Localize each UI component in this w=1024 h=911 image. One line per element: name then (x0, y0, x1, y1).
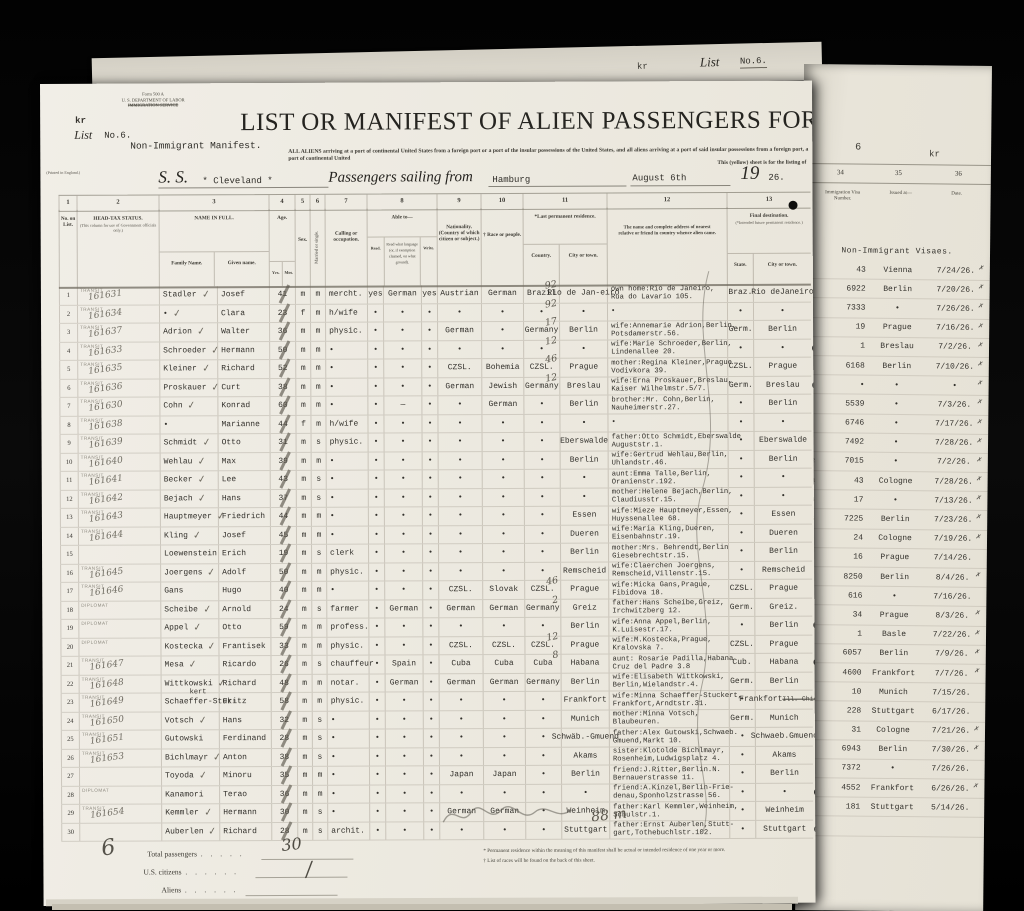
cell-family-name: • (159, 416, 217, 434)
cell-write: • (422, 600, 438, 618)
head-tax-stamp: DIPLOMAT (81, 602, 108, 607)
header-language: Read what language (or, if exemption cla… (384, 237, 420, 285)
cell-marital: m (312, 767, 327, 785)
cell-sex: m (295, 360, 310, 378)
cell-family-name: Auberlen✓ (161, 823, 219, 841)
cell-country: • (525, 784, 561, 802)
cell-row-number: 4 (59, 342, 77, 360)
cell-relative: father:Alex Gutowski,Schwaeb.Gmuend,Mark… (609, 728, 729, 746)
manifest-rows: 1TRANSIT161631Stadler✓Josef41mmmercht.ye… (59, 284, 813, 842)
cell-calling: mercht. (325, 286, 367, 304)
visa-row: 234600Frankfort7/7/26.✗ (798, 663, 986, 684)
header-last-residence: *Last permanent residence. Country.City … (523, 208, 607, 285)
cell-head-tax (79, 767, 161, 785)
cell-nationality: CZSL. (438, 637, 482, 655)
pencil-checkmark: ✓ (217, 677, 227, 689)
cell-language: • (383, 341, 421, 359)
cell-city: Berlin (561, 766, 609, 784)
cell-calling: chauffeur (326, 656, 368, 674)
cell-city: Essen (560, 507, 608, 525)
cell-row-number: 29 (61, 805, 79, 823)
pencil-checkmark: ✓ (187, 400, 197, 412)
cell-marital: m (311, 508, 326, 526)
cell-write: • (423, 803, 439, 821)
col-number: 7 (324, 195, 366, 210)
cell-read: • (369, 822, 385, 840)
pencil-x-mark: ✗ (975, 531, 982, 542)
photo-scene: kr List No.6. 6 kr 34 35 36 Immigration … (0, 0, 1024, 911)
cell-language: • (384, 581, 422, 599)
cell-nationality: • (438, 563, 482, 581)
cell-sex: m (296, 434, 311, 452)
cell-given-name: Hermann (217, 342, 269, 360)
family-name-overflow: kert (190, 688, 207, 696)
pencil-x-mark: ✗ (978, 262, 985, 273)
cell-head-tax: TRANSIT161642 (78, 490, 160, 508)
visa-row: 6746•7/17/26.✗ (800, 413, 988, 434)
cell-given-name: Friedrich (218, 508, 270, 526)
visa-issued-at: • (861, 764, 925, 774)
cell-family-name: Appel✓ (160, 619, 218, 637)
cell-language: • (385, 729, 423, 747)
cell-row-number: 25 (61, 731, 79, 749)
ss-label: S. S. (158, 167, 188, 187)
cell-dest-city: Prague (754, 635, 812, 653)
cell-family-name: •✓ (159, 305, 217, 323)
cell-write: • (423, 711, 439, 729)
list-number: No.6. (104, 131, 131, 141)
pencil-x-mark: ✗ (976, 416, 983, 427)
cell-given-name: Hans (219, 711, 271, 729)
cell-head-tax: TRANSIT161645 (78, 564, 160, 582)
visa-date: 7/24/26. (930, 266, 982, 276)
cell-write: • (423, 748, 439, 766)
cell-dest-city: Berlin (753, 321, 811, 339)
cell-family-name: Joergens✓ (160, 564, 218, 582)
cell-row-number: 1 (59, 287, 77, 305)
visa-date: 6/26/26. (924, 784, 976, 794)
cell-family-name: Stadler✓ (159, 286, 217, 304)
visa-date: 5/14/26. (924, 803, 976, 813)
form-number: Form 500 A (142, 91, 164, 96)
cell-dest-city: Schwaeb.Gmuend (755, 728, 813, 746)
pencil-checkmark: ✓ (207, 566, 217, 578)
cell-calling: • (327, 730, 369, 748)
cell-marital: m (310, 397, 325, 415)
cell-country: • (525, 821, 561, 839)
cell-city: Remscheid (560, 562, 608, 580)
cell-head-tax: TRANSIT161643 (78, 508, 160, 526)
cell-head-tax: TRANSIT161640 (78, 453, 160, 471)
visa-issued-at: Cologne (861, 726, 925, 736)
visa-date: 7/9/26. (926, 650, 978, 660)
cell-marital: s (312, 748, 327, 766)
cell-relative: father:Ernst Auberlen,Stutt-gart,Tothebu… (609, 820, 729, 838)
cell-city: Berlin (561, 673, 609, 691)
cell-sex: m (296, 508, 311, 526)
visa-number: 6057 (820, 649, 862, 658)
visa-number: 7372 (819, 764, 861, 773)
cell-read: • (369, 674, 385, 692)
cell-write: yes (421, 285, 437, 303)
cell-write: • (422, 507, 438, 525)
cell-relative: wife:Elisabeth Wittkowski,Berlin,Wieland… (609, 673, 729, 691)
cell-read: • (369, 785, 385, 803)
cell-race: • (482, 433, 524, 451)
cell-sex: m (296, 582, 311, 600)
fill-line (255, 877, 347, 878)
visa-issued-at: Berlin (862, 649, 926, 659)
cell-dest-city: Berlin (754, 450, 812, 468)
visa-row: 30181Stuttgart5/14/26. (796, 797, 984, 818)
pencil-checkmark: ✓ (216, 511, 226, 523)
cell-read: yes (367, 286, 383, 304)
visa-number: 7015 (822, 457, 864, 466)
service-label: IMMIGRATION SERVICE (128, 102, 178, 107)
cell-marital: m (310, 323, 325, 341)
handwritten-number: 46 (545, 575, 559, 588)
cell-race: • (482, 488, 524, 506)
cell-calling: physic. (327, 693, 369, 711)
cell-nationality: • (439, 729, 483, 747)
cell-dest-city: Weinheim (755, 802, 813, 820)
cell-nationality: • (437, 341, 481, 359)
ink-dot (789, 201, 798, 210)
visa-row: 276943Berlin7/30/26.✗ (797, 740, 985, 761)
cell-sex: f (295, 304, 310, 322)
visa-number: 1 (820, 629, 862, 638)
cell-dest-city: • (754, 469, 812, 487)
cell-city: • (559, 303, 607, 321)
pencil-checkmark: ✓ (211, 381, 221, 393)
cell-dest-state: • (729, 765, 755, 783)
cell-dest-state: • (729, 820, 755, 838)
cell-relative: wife:Mieze Hauptmeyer,Essen,Huyssenallee… (608, 506, 728, 524)
pencil-checkmark: ✓ (197, 474, 207, 486)
cell-race: German (483, 803, 525, 821)
cell-calling: • (327, 767, 369, 785)
header-relative: The name and complete address of nearest… (607, 207, 727, 285)
cell-family-name: Hauptmeyer✓ (160, 508, 218, 526)
cell-sex: m (297, 804, 312, 822)
visa-number: 43 (822, 476, 864, 485)
visa-col-header: Immigration Visa Number. (819, 190, 867, 203)
cell-write: • (422, 544, 438, 562)
sailing-label: Passengers sailing from (328, 169, 473, 187)
cell-write: • (422, 655, 438, 673)
cell-family-name: Schroeder✓ (159, 342, 217, 360)
cell-read: • (368, 637, 384, 655)
header-nationality: Nationality. (Country of which citizen o… (437, 208, 481, 285)
visa-page-number: 6 (855, 143, 861, 154)
handwritten-number: 46 (544, 353, 558, 366)
visa-issued-at: Berlin (863, 515, 927, 525)
cell-relative: aunt:Emma Talle,Berlin,Oranienstr.192. (608, 469, 728, 487)
pencil-x-mark: ✗ (977, 378, 984, 389)
cell-nationality: • (438, 433, 482, 451)
cell-dest-city: • (753, 413, 811, 431)
cell-given-name: Lee (218, 471, 270, 489)
header-family-name: Family Name. (160, 252, 214, 286)
cell-dest-city: Rio deJaneiro (753, 284, 811, 302)
cell-head-tax: TRANSIT161644 (78, 527, 160, 545)
cell-language: • (385, 822, 423, 840)
cell-write: • (422, 637, 438, 655)
visa-date: 8/3/26. (926, 611, 978, 621)
pencil-x-mark: ✗ (975, 512, 982, 523)
cell-given-name: Erich (218, 545, 270, 563)
cell-nationality: • (438, 526, 482, 544)
cell-marital: m (311, 452, 326, 470)
cell-language: German (385, 674, 423, 692)
cell-read: • (367, 397, 383, 415)
visa-number: 7333 (823, 303, 865, 312)
visa-issued-at: Berlin (865, 361, 929, 371)
cell-write: • (421, 396, 437, 414)
visa-date: 7/13/26. (927, 496, 979, 506)
cell-relative: mother:Minna Votsch,Blaubeuren. (609, 710, 729, 728)
cell-given-name: Hermann (219, 804, 271, 822)
cell-race: • (483, 729, 525, 747)
visa-row: 2034Prague8/3/26.✗ (798, 605, 986, 626)
col-number: 5 (294, 195, 309, 210)
cell-write: • (423, 822, 439, 840)
visa-row: 188250Berlin8/4/26.✗ (799, 567, 987, 588)
cell-language: • (385, 692, 423, 710)
cell-race: • (481, 303, 523, 321)
cell-dest-state: Germ. (729, 672, 755, 690)
cell-city: Berlin (560, 618, 608, 636)
header-dest-city: City or town. (753, 254, 811, 284)
cell-nationality: • (438, 544, 482, 562)
cell-sex: m (295, 341, 310, 359)
visa-number: 43 (824, 265, 866, 274)
cell-city: Habana (560, 655, 608, 673)
cell-family-name: Cohn✓ (159, 397, 217, 415)
cell-country: • (525, 747, 561, 765)
cell-read: • (367, 415, 383, 433)
cell-calling: h/wife (325, 415, 367, 433)
cell-read: • (369, 804, 385, 822)
ship-name: * Cleveland * (202, 176, 272, 186)
cell-calling: • (326, 582, 368, 600)
cell-city: Schwäb.-Gmuend (561, 729, 609, 747)
visa-number: 1 (823, 342, 865, 351)
cell-head-tax: DIPLOMAT (78, 619, 160, 637)
cell-sex: m (297, 767, 312, 785)
cell-row-number: 22 (61, 675, 79, 693)
manifest-type: Non-Immigrant Manifest. (130, 140, 261, 152)
head-tax-stamp: DIPLOMAT (81, 639, 108, 644)
cell-dest-city: • (754, 487, 812, 505)
col-number: 13 (726, 193, 810, 208)
cell-calling: • (325, 378, 367, 396)
cell-sex: m (297, 693, 312, 711)
visa-row: 2631Cologne7/21/26.✗ (797, 720, 985, 741)
list-label: List (700, 54, 720, 70)
visa-date: 7/26/26. (929, 304, 981, 314)
cell-relative: aunt: Rosarie Padilla,HabanaCruz del Pad… (608, 654, 728, 672)
cell-language: • (384, 637, 422, 655)
cell-given-name: Max (218, 453, 270, 471)
cell-nationality: • (439, 748, 483, 766)
cell-family-name: Kleiner✓ (159, 360, 217, 378)
col-number: 8 (366, 194, 436, 209)
list-label: List (74, 128, 92, 143)
cell-dest-state: Braz. (727, 284, 753, 302)
header-head-tax: HEAD-TAX STATUS.(This column for use of … (77, 209, 159, 286)
cell-head-tax: DIPLOMAT (78, 601, 160, 619)
visa-issued-at: Frankfort (860, 783, 924, 793)
pencil-x-mark: ✗ (976, 397, 983, 408)
cell-calling: • (327, 804, 369, 822)
visa-number: 31 (819, 725, 861, 734)
cell-nationality: CZSL. (437, 359, 481, 377)
pencil-checkmark: ✓ (201, 437, 211, 449)
cell-head-tax: TRANSIT161635 (77, 360, 159, 378)
cell-row-number: 26 (61, 749, 79, 767)
visa-number: 228 (819, 706, 861, 715)
pencil-x-mark: ✗ (977, 320, 984, 331)
cell-marital: m (311, 619, 326, 637)
cell-row-number: 2 (59, 305, 77, 323)
cell-read: • (368, 656, 384, 674)
cell-dest-state: CZSL. (728, 580, 754, 598)
visa-date: 7/19/26. (927, 535, 979, 545)
cell-language: • (383, 304, 421, 322)
cell-row-number: 11 (60, 472, 78, 490)
cell-country: Germany12 (523, 377, 559, 395)
cell-relative: wife:Marie Schroeder,Berlin,Lindenallee … (607, 340, 727, 358)
visa-number: 616 (820, 591, 862, 600)
cell-race: • (483, 710, 525, 728)
visa-row: 6922Berlin7/20/26.✗ (802, 279, 990, 300)
cell-row-number: 30 (61, 823, 79, 841)
cell-head-tax: TRANSIT161637 (77, 323, 159, 341)
visa-row: 1343Cologne7/28/26.✗ (800, 471, 988, 492)
header-write: Write. (420, 237, 437, 285)
header-race: † Race or people. (481, 208, 523, 285)
cell-given-name: Marianne (217, 416, 269, 434)
cell-city: Eberswalde (560, 433, 608, 451)
col-number: 10 (480, 194, 522, 209)
cell-family-name: Schaeffer-Stuk-kert (161, 693, 219, 711)
cell-race: • (483, 747, 525, 765)
cell-given-name: Terao (219, 785, 271, 803)
cell-dest-state: • (728, 506, 754, 524)
cell-sex: m (296, 471, 311, 489)
cell-calling: • (325, 341, 367, 359)
cell-family-name: Kling✓ (160, 527, 218, 545)
cell-marital: s (312, 730, 327, 748)
cell-sex: m (296, 545, 311, 563)
cell-family-name: Kanamori (161, 786, 219, 804)
cell-country: • (525, 766, 561, 784)
cell-relative: friend:J.Ritter,Berlin.N.Bernauerstrasse… (609, 765, 729, 783)
cell-head-tax: DIPLOMAT (79, 786, 161, 804)
visa-number: 4600 (820, 668, 862, 677)
cell-country: • (525, 692, 561, 710)
cell-relative: • (607, 414, 727, 432)
cell-marital: s (311, 545, 326, 563)
cell-given-name: Richard (219, 822, 271, 840)
cell-dest-state: • (727, 413, 753, 431)
cell-race: Jewish (481, 377, 523, 395)
cell-read: • (368, 582, 384, 600)
cell-language: • (385, 711, 423, 729)
cell-city: • (560, 470, 608, 488)
visa-date: 7/14/26. (927, 554, 979, 564)
pencil-checkmark: ✓ (207, 640, 217, 652)
cell-city: Berlin (559, 396, 607, 414)
visa-row: 226057Berlin7/9/26.✗ (798, 644, 986, 665)
cell-marital: s (312, 711, 327, 729)
visa-number: 24 (821, 533, 863, 542)
visa-rows: 43Vienna7/24/26.✗6922Berlin7/20/26.✗7333… (796, 260, 990, 838)
pencil-x-mark: ✗ (974, 665, 981, 676)
pencil-x-mark: ✗ (976, 435, 983, 446)
header-mos: Mos. (282, 262, 295, 286)
cell-family-name: Becker✓ (160, 471, 218, 489)
cell-read: • (368, 563, 384, 581)
cell-race: • (481, 322, 523, 340)
pencil-x-mark: ✗ (975, 493, 982, 504)
pencil-checkmark: ✓ (208, 825, 218, 837)
cell-calling: physic. (326, 637, 368, 655)
pencil-x-mark: ✗ (975, 569, 982, 580)
cell-nationality: • (439, 822, 483, 840)
visa-issued-at: Prague (863, 553, 927, 563)
visa-row: 43Vienna7/24/26.✗ (802, 260, 990, 281)
cell-nationality: Cuba (438, 655, 482, 673)
cell-language: • (385, 748, 423, 766)
cell-row-number: 19 (60, 620, 78, 638)
cell-given-name: Ferdinand (219, 730, 271, 748)
header-final-destination: Final destination.(*Intended future perm… (727, 207, 811, 284)
visa-issued-at: Cologne (864, 476, 928, 486)
cell-given-name: Curt (217, 379, 269, 397)
cell-nationality: • (437, 304, 481, 322)
visa-issued-at: Stuttgart (860, 802, 924, 812)
cell-relative: sister:Klotolde Bichlmayr,Rosenheim,Ludw… (609, 747, 729, 765)
cell-given-name: Clara (217, 305, 269, 323)
cell-head-tax: TRANSIT161646 (78, 582, 160, 600)
visa-row: 7333•7/26/26.✗ (801, 298, 989, 319)
cell-language: • (384, 433, 422, 451)
cell-row-number: 23 (61, 694, 79, 712)
cell-language: • (383, 322, 421, 340)
visa-row: 19Prague7/16/26.✗ (801, 318, 989, 339)
pencil-x-mark: ✗ (977, 339, 984, 350)
cell-write: • (422, 489, 438, 507)
cell-language: • (384, 526, 422, 544)
cell-family-name: Adrion✓ (159, 323, 217, 341)
cell-dest-city: Berlin (753, 395, 811, 413)
visa-date: 7/3/26. (928, 400, 980, 410)
pencil-x-mark: ✗ (972, 780, 979, 791)
cell-dest-city: • (753, 339, 811, 357)
cell-given-name: Otto (218, 619, 270, 637)
cell-city: Greiz (560, 599, 608, 617)
cell-dest-city: Remscheid (754, 561, 812, 579)
visa-date: 7/7/26. (926, 669, 978, 679)
cell-country: Germany2 (524, 599, 560, 617)
cell-head-tax: TRANSIT161641 (78, 471, 160, 489)
cell-dest-city: Prague (754, 580, 812, 598)
cell-city: Dueren (560, 525, 608, 543)
cell-head-tax: TRANSIT161654 (79, 804, 161, 822)
visa-number: 7492 (822, 437, 864, 446)
